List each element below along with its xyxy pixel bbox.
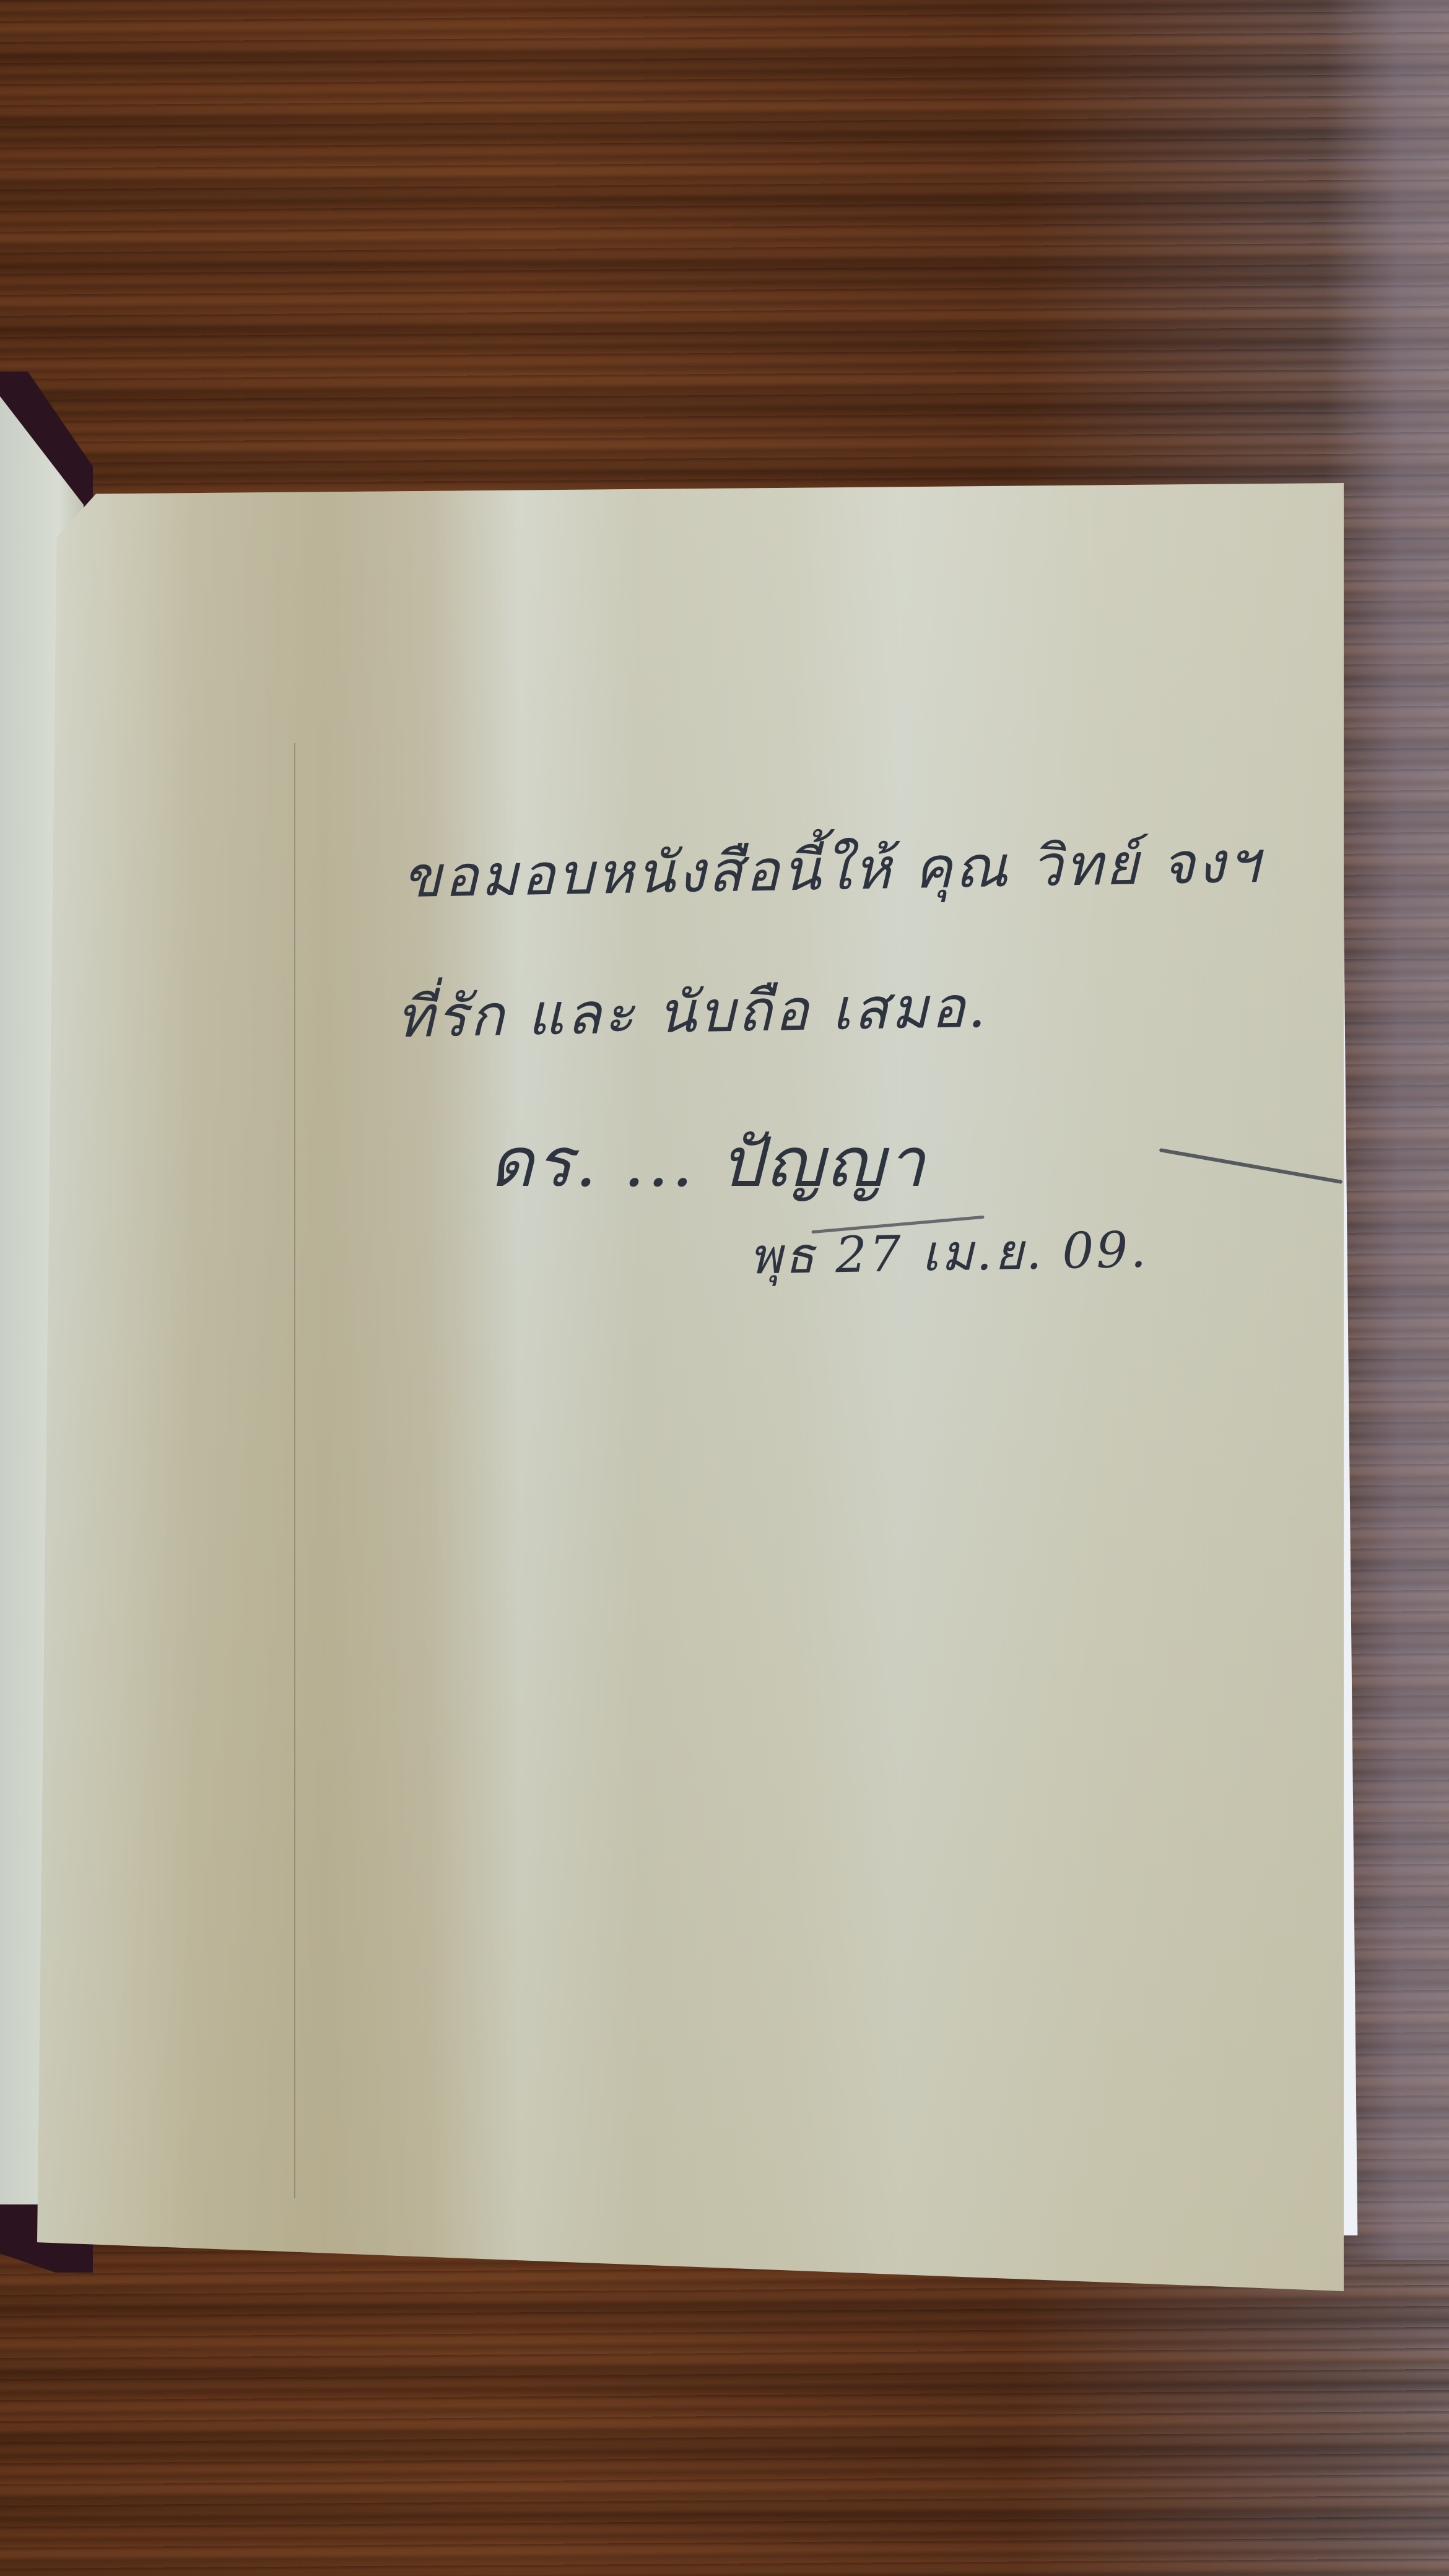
page-crease [294,743,295,2198]
flyleaf-page [37,483,1344,2291]
inscription-date: พุธ 27 เม.ย. 09. [749,1210,1149,1295]
inscription-line-1: ขอมอบหนังสือนี้ให้ คุณ วิทย์ จงฯ [402,816,1263,922]
inscription-signature: ดร. ... ปัญญา [489,1108,927,1216]
inscription-line-2: ที่รัก และ นับถือ เสมอ. [396,961,989,1063]
